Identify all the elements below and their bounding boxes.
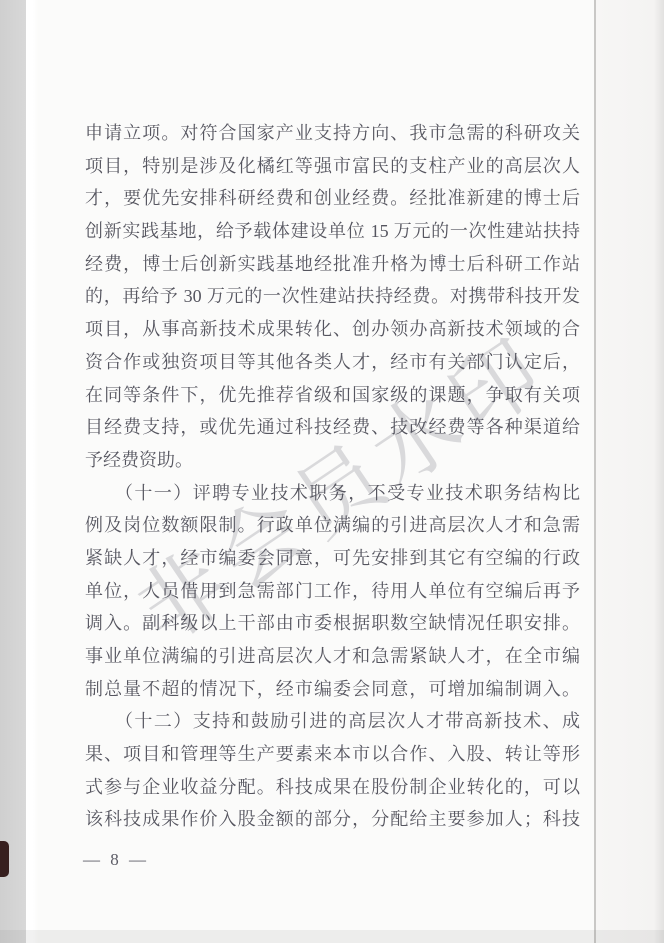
text-line: 项目，特别是涉及化橘红等强市富民的支柱产业的高层次人 (85, 150, 580, 183)
scan-artifact (0, 841, 9, 877)
page-number: — 8 — (83, 850, 149, 870)
text-line: 资合作或独资项目等其他各类人才，经市有关部门认定后， (85, 346, 580, 379)
text-line: 申请立项。对符合国家产业支持方向、我市急需的科研攻关 (85, 117, 580, 150)
text-line: （十二）支持和鼓励引进的高层次人才带高新技术、成 (85, 705, 580, 738)
text-line: 紧缺人才，经市编委会同意，可先安排到其它有空编的行政 (85, 542, 580, 575)
text-line: 在同等条件下，优先推荐省级和国家级的课题，争取有关项 (85, 379, 580, 412)
text-line: 项目，从事高新技术成果转化、创办领办高新技术领域的合 (85, 313, 580, 346)
text-line: 的，再给予 30 万元的一次性建站扶持经费。对携带科技开发 (85, 280, 580, 313)
text-line: 例及岗位数额限制。行政单位满编的引进高层次人才和急需 (85, 509, 580, 542)
scan-edge-right (596, 0, 664, 943)
text-line: （十一）评聘专业技术职务，不受专业技术职务结构比 (85, 477, 580, 510)
text-line: 单位，人员借用到急需部门工作，待用人单位有空编后再予 (85, 575, 580, 608)
text-line: 予经费资助。 (85, 444, 580, 477)
text-line: 调入。副科级以上干部由市委根据职数空缺情况任职安排。 (85, 607, 580, 640)
text-line: 果、项目和管理等生产要素来本市以合作、入股、转让等形 (85, 738, 580, 771)
text-line: 式参与企业收益分配。科技成果在股份制企业转化的，可以 (85, 771, 580, 804)
scan-edge-left (0, 0, 26, 943)
text-line: 事业单位满编的引进高层次人才和急需紧缺人才，在全市编 (85, 640, 580, 673)
scanned-document-page: 非会员水印 申请立项。对符合国家产业支持方向、我市急需的科研攻关项目，特别是涉及… (0, 0, 664, 943)
body-text: 申请立项。对符合国家产业支持方向、我市急需的科研攻关项目，特别是涉及化橘红等强市… (85, 117, 580, 836)
text-line: 该科技成果作价入股金额的部分，分配给主要参加人；科技 (85, 803, 580, 836)
text-line: 制总量不超的情况下，经市编委会同意，可增加编制调入。 (85, 673, 580, 706)
text-line: 经费，博士后创新实践基地经批准升格为博士后科研工作站 (85, 248, 580, 281)
text-line: 创新实践基地，给予载体建设单位 15 万元的一次性建站扶持 (85, 215, 580, 248)
text-line: 目经费支持，或优先通过科技经费、技改经费等各种渠道给 (85, 411, 580, 444)
text-line: 才，要优先安排科研经费和创业经费。经批准新建的博士后 (85, 182, 580, 215)
scan-edge-bottom (0, 930, 664, 943)
